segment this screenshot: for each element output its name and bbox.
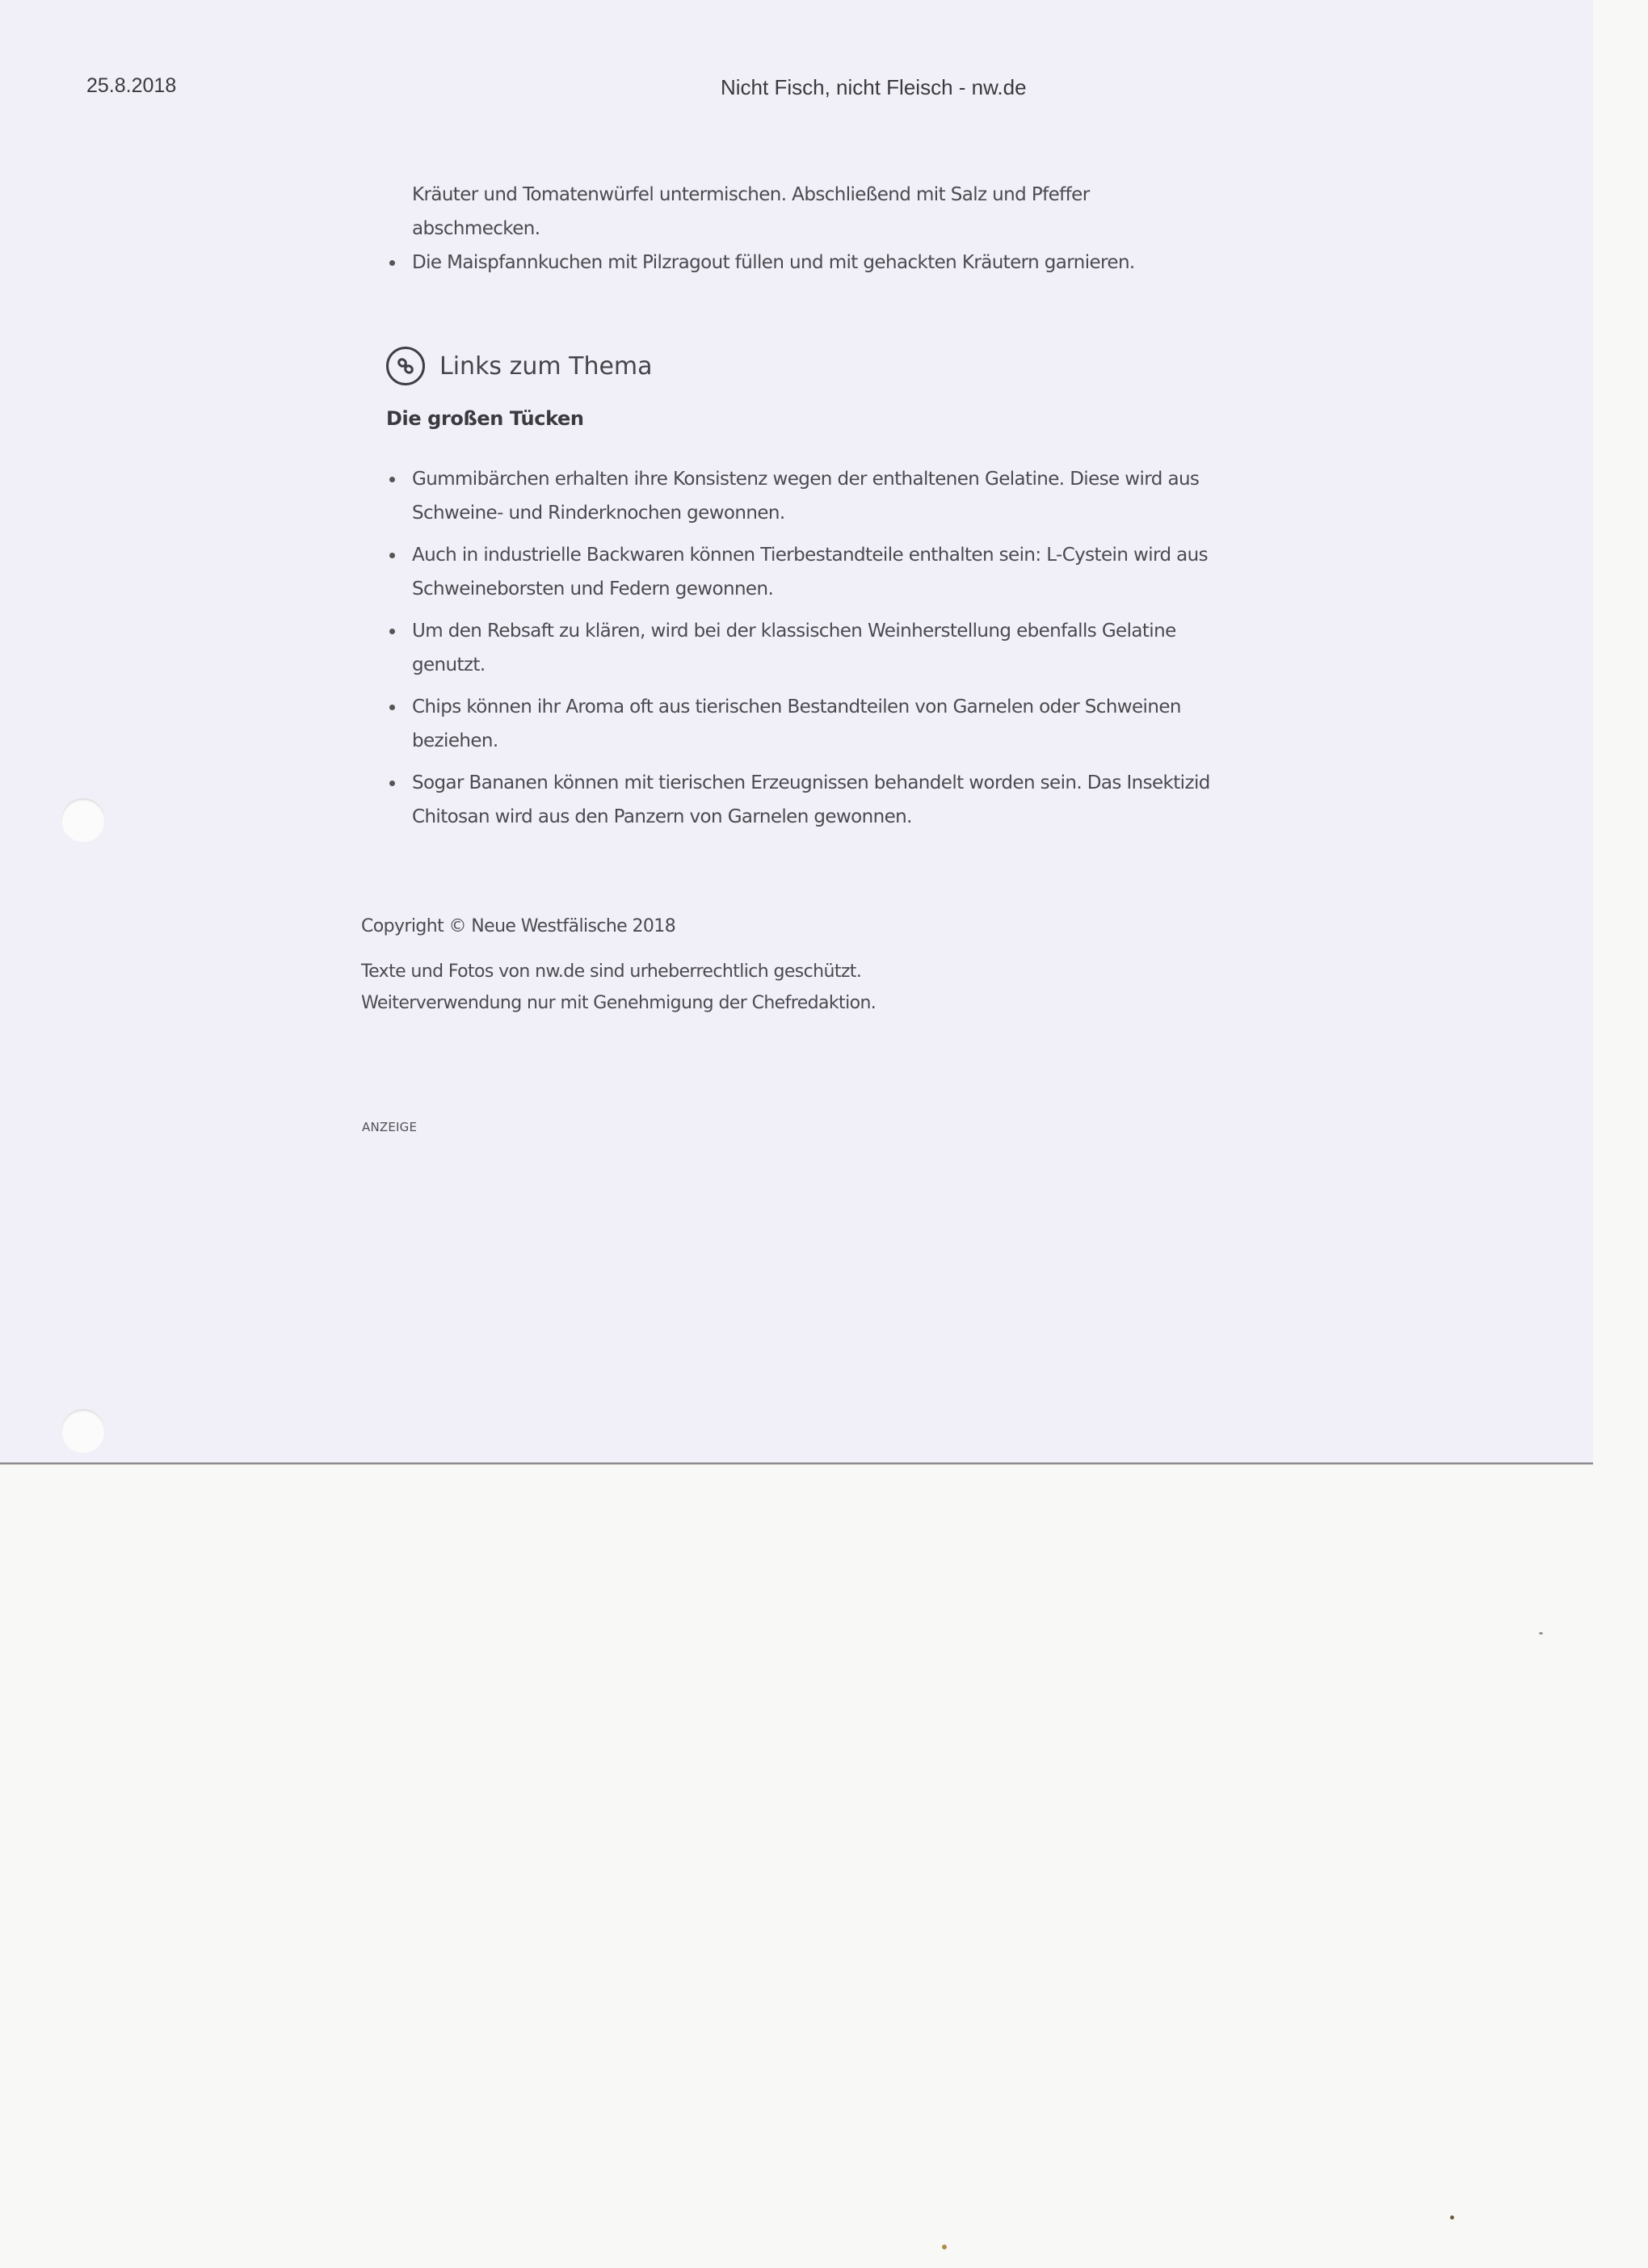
list-item: Chips können ihr Aroma oft aus tierische… xyxy=(386,690,1226,758)
section-subheading: Die großen Tücken xyxy=(386,407,1226,430)
scan-speck xyxy=(942,2245,947,2249)
link-icon xyxy=(386,347,425,385)
recipe-steps: Die Maispfannkuchen mit Pilzragout fülle… xyxy=(386,246,1226,280)
scan-speck xyxy=(1539,1632,1543,1635)
recipe-continuation-line: Kräuter und Tomatenwürfel untermischen. … xyxy=(412,178,1226,212)
rights-line: Weiterverwendung nur mit Genehmigung der… xyxy=(361,987,876,1019)
article-body: Kräuter und Tomatenwürfel untermischen. … xyxy=(386,178,1226,842)
links-section-title: Links zum Thema xyxy=(439,352,653,381)
punch-hole xyxy=(61,1409,105,1453)
rights-line: Texte und Fotos von nw.de sind urheberre… xyxy=(361,956,876,987)
rights-notice: Texte und Fotos von nw.de sind urheberre… xyxy=(361,956,876,1019)
recipe-step: Die Maispfannkuchen mit Pilzragout fülle… xyxy=(386,246,1226,280)
list-item: Sogar Bananen können mit tierischen Erze… xyxy=(386,766,1226,834)
links-section-heading: Links zum Thema xyxy=(386,344,1226,388)
scanned-page: 25.8.2018 Nicht Fisch, nicht Fleisch - n… xyxy=(0,0,1593,1464)
advertisement-label: ANZEIGE xyxy=(362,1120,417,1134)
scan-speck xyxy=(1450,2215,1454,2220)
copyright-notice: Copyright © Neue Westfälische 2018 xyxy=(361,911,876,943)
recipe-continuation-line: abschmecken. xyxy=(412,212,1226,246)
print-page-title: Nicht Fisch, nicht Fleisch - nw.de xyxy=(721,75,1027,100)
list-item: Gummibärchen erhalten ihre Konsistenz we… xyxy=(386,462,1226,530)
print-date: 25.8.2018 xyxy=(86,74,176,98)
hidden-animal-products-list: Gummibärchen erhalten ihre Konsistenz we… xyxy=(386,462,1226,834)
list-item: Auch in industrielle Backwaren können Ti… xyxy=(386,538,1226,606)
punch-hole xyxy=(61,798,105,842)
page-footer: Copyright © Neue Westfälische 2018 Texte… xyxy=(361,911,876,1019)
list-item: Um den Rebsaft zu klären, wird bei der k… xyxy=(386,614,1226,682)
